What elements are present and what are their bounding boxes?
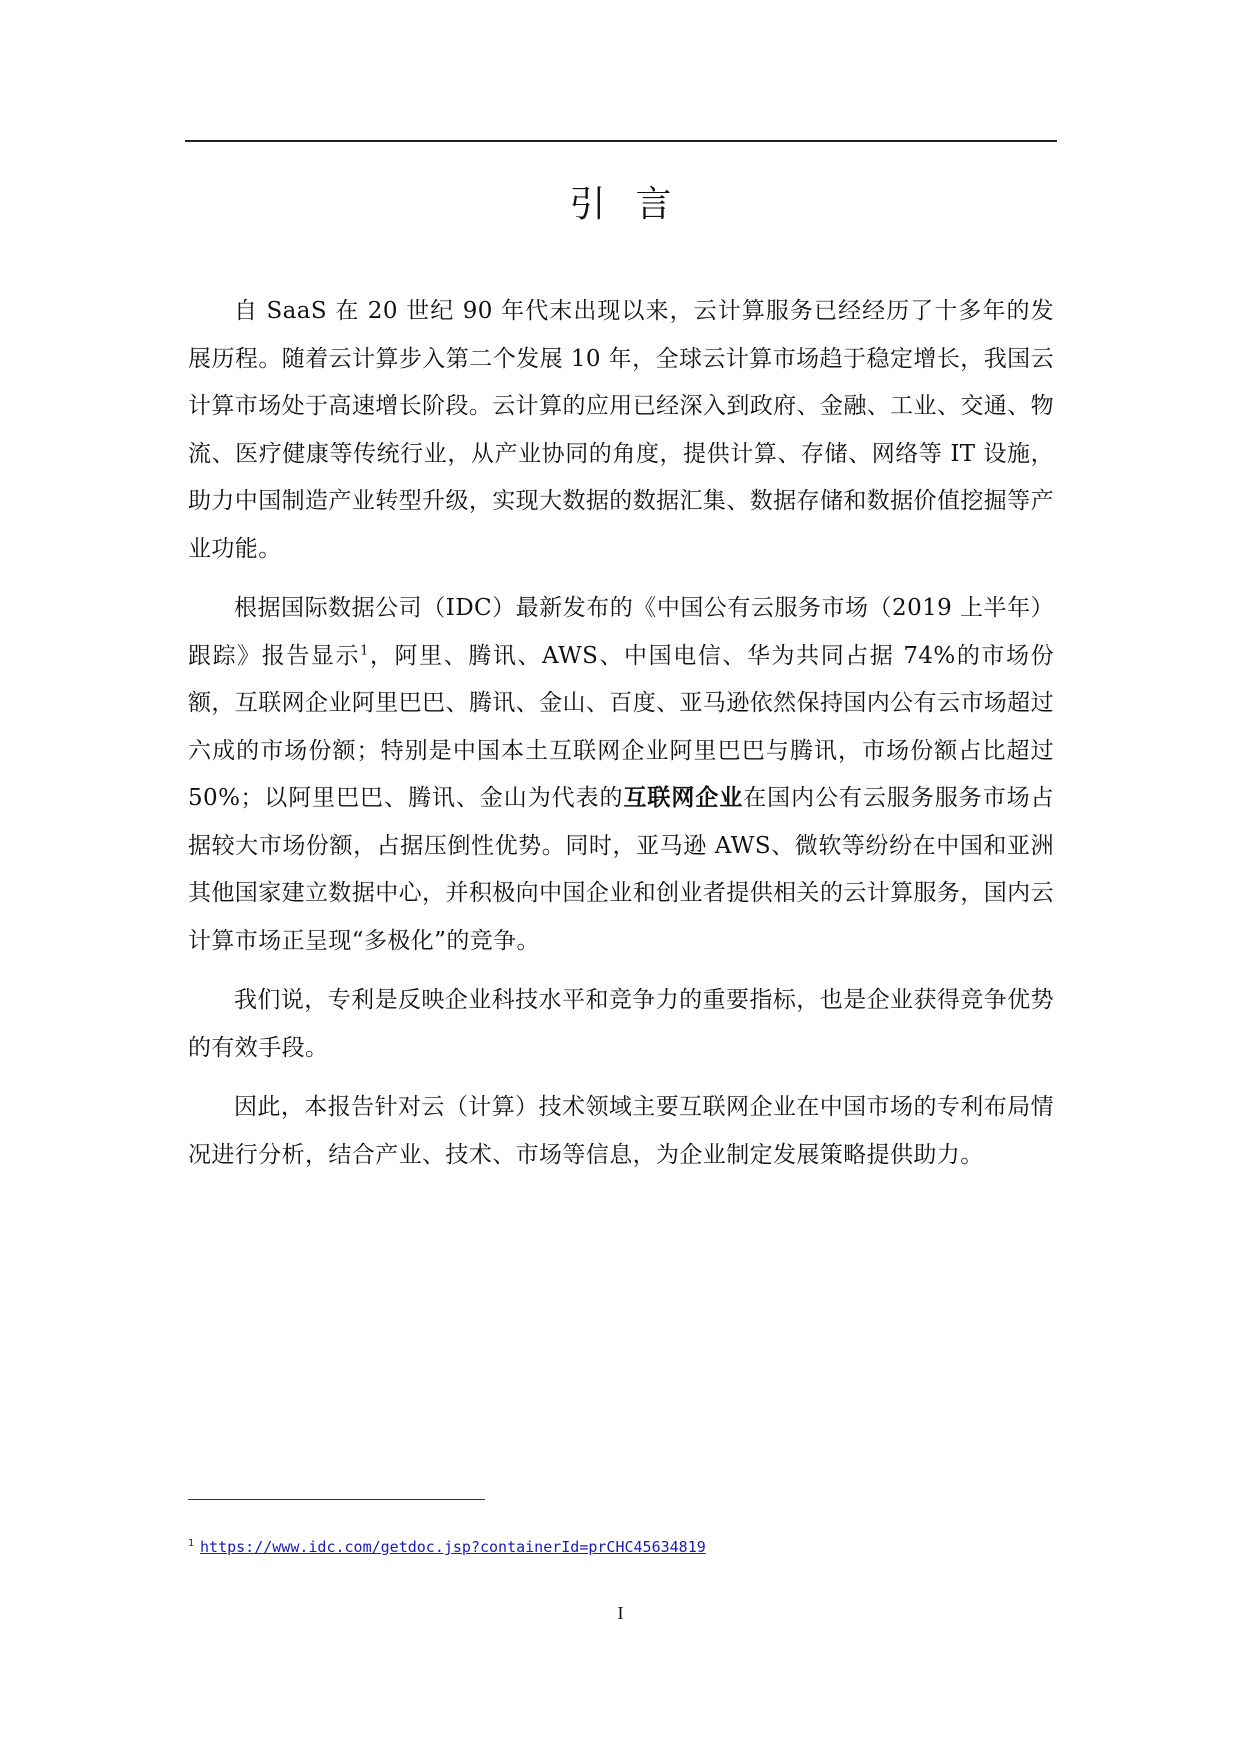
paragraph-conclusion: 因此，本报告针对云（计算）技术领域主要互联网企业在中国市场的专利布局情况进行分析… xyxy=(188,1084,1054,1179)
footnote-number: 1 xyxy=(188,1538,194,1549)
footnote-link[interactable]: https://www.idc.com/getdoc.jsp?container… xyxy=(200,1538,706,1556)
page-title: 引言 xyxy=(0,180,1241,230)
document-page: 引言 自 SaaS 在 20 世纪 90 年代末出现以来，云计算服务已经经历了十… xyxy=(0,0,1241,1755)
page-number: I xyxy=(0,1603,1241,1624)
header-rule xyxy=(185,140,1057,142)
paragraph-idc-report: 根据国际数据公司（IDC）最新发布的《中国公有云服务市场（2019 上半年）跟踪… xyxy=(188,585,1054,965)
bold-term-internet-companies: 互联网企业 xyxy=(623,785,743,811)
body-text: 自 SaaS 在 20 世纪 90 年代末出现以来，云计算服务已经经历了十多年的… xyxy=(188,288,1054,1179)
paragraph-patents: 我们说，专利是反映企业科技水平和竞争力的重要指标，也是企业获得竞争优势的有效手段… xyxy=(188,977,1054,1072)
paragraph-intro: 自 SaaS 在 20 世纪 90 年代末出现以来，云计算服务已经经历了十多年的… xyxy=(188,288,1054,573)
footnote-separator xyxy=(188,1499,485,1500)
footnote-reference[interactable]: 1 xyxy=(360,643,369,658)
footnote: 1https://www.idc.com/getdoc.jsp?containe… xyxy=(188,1538,706,1556)
